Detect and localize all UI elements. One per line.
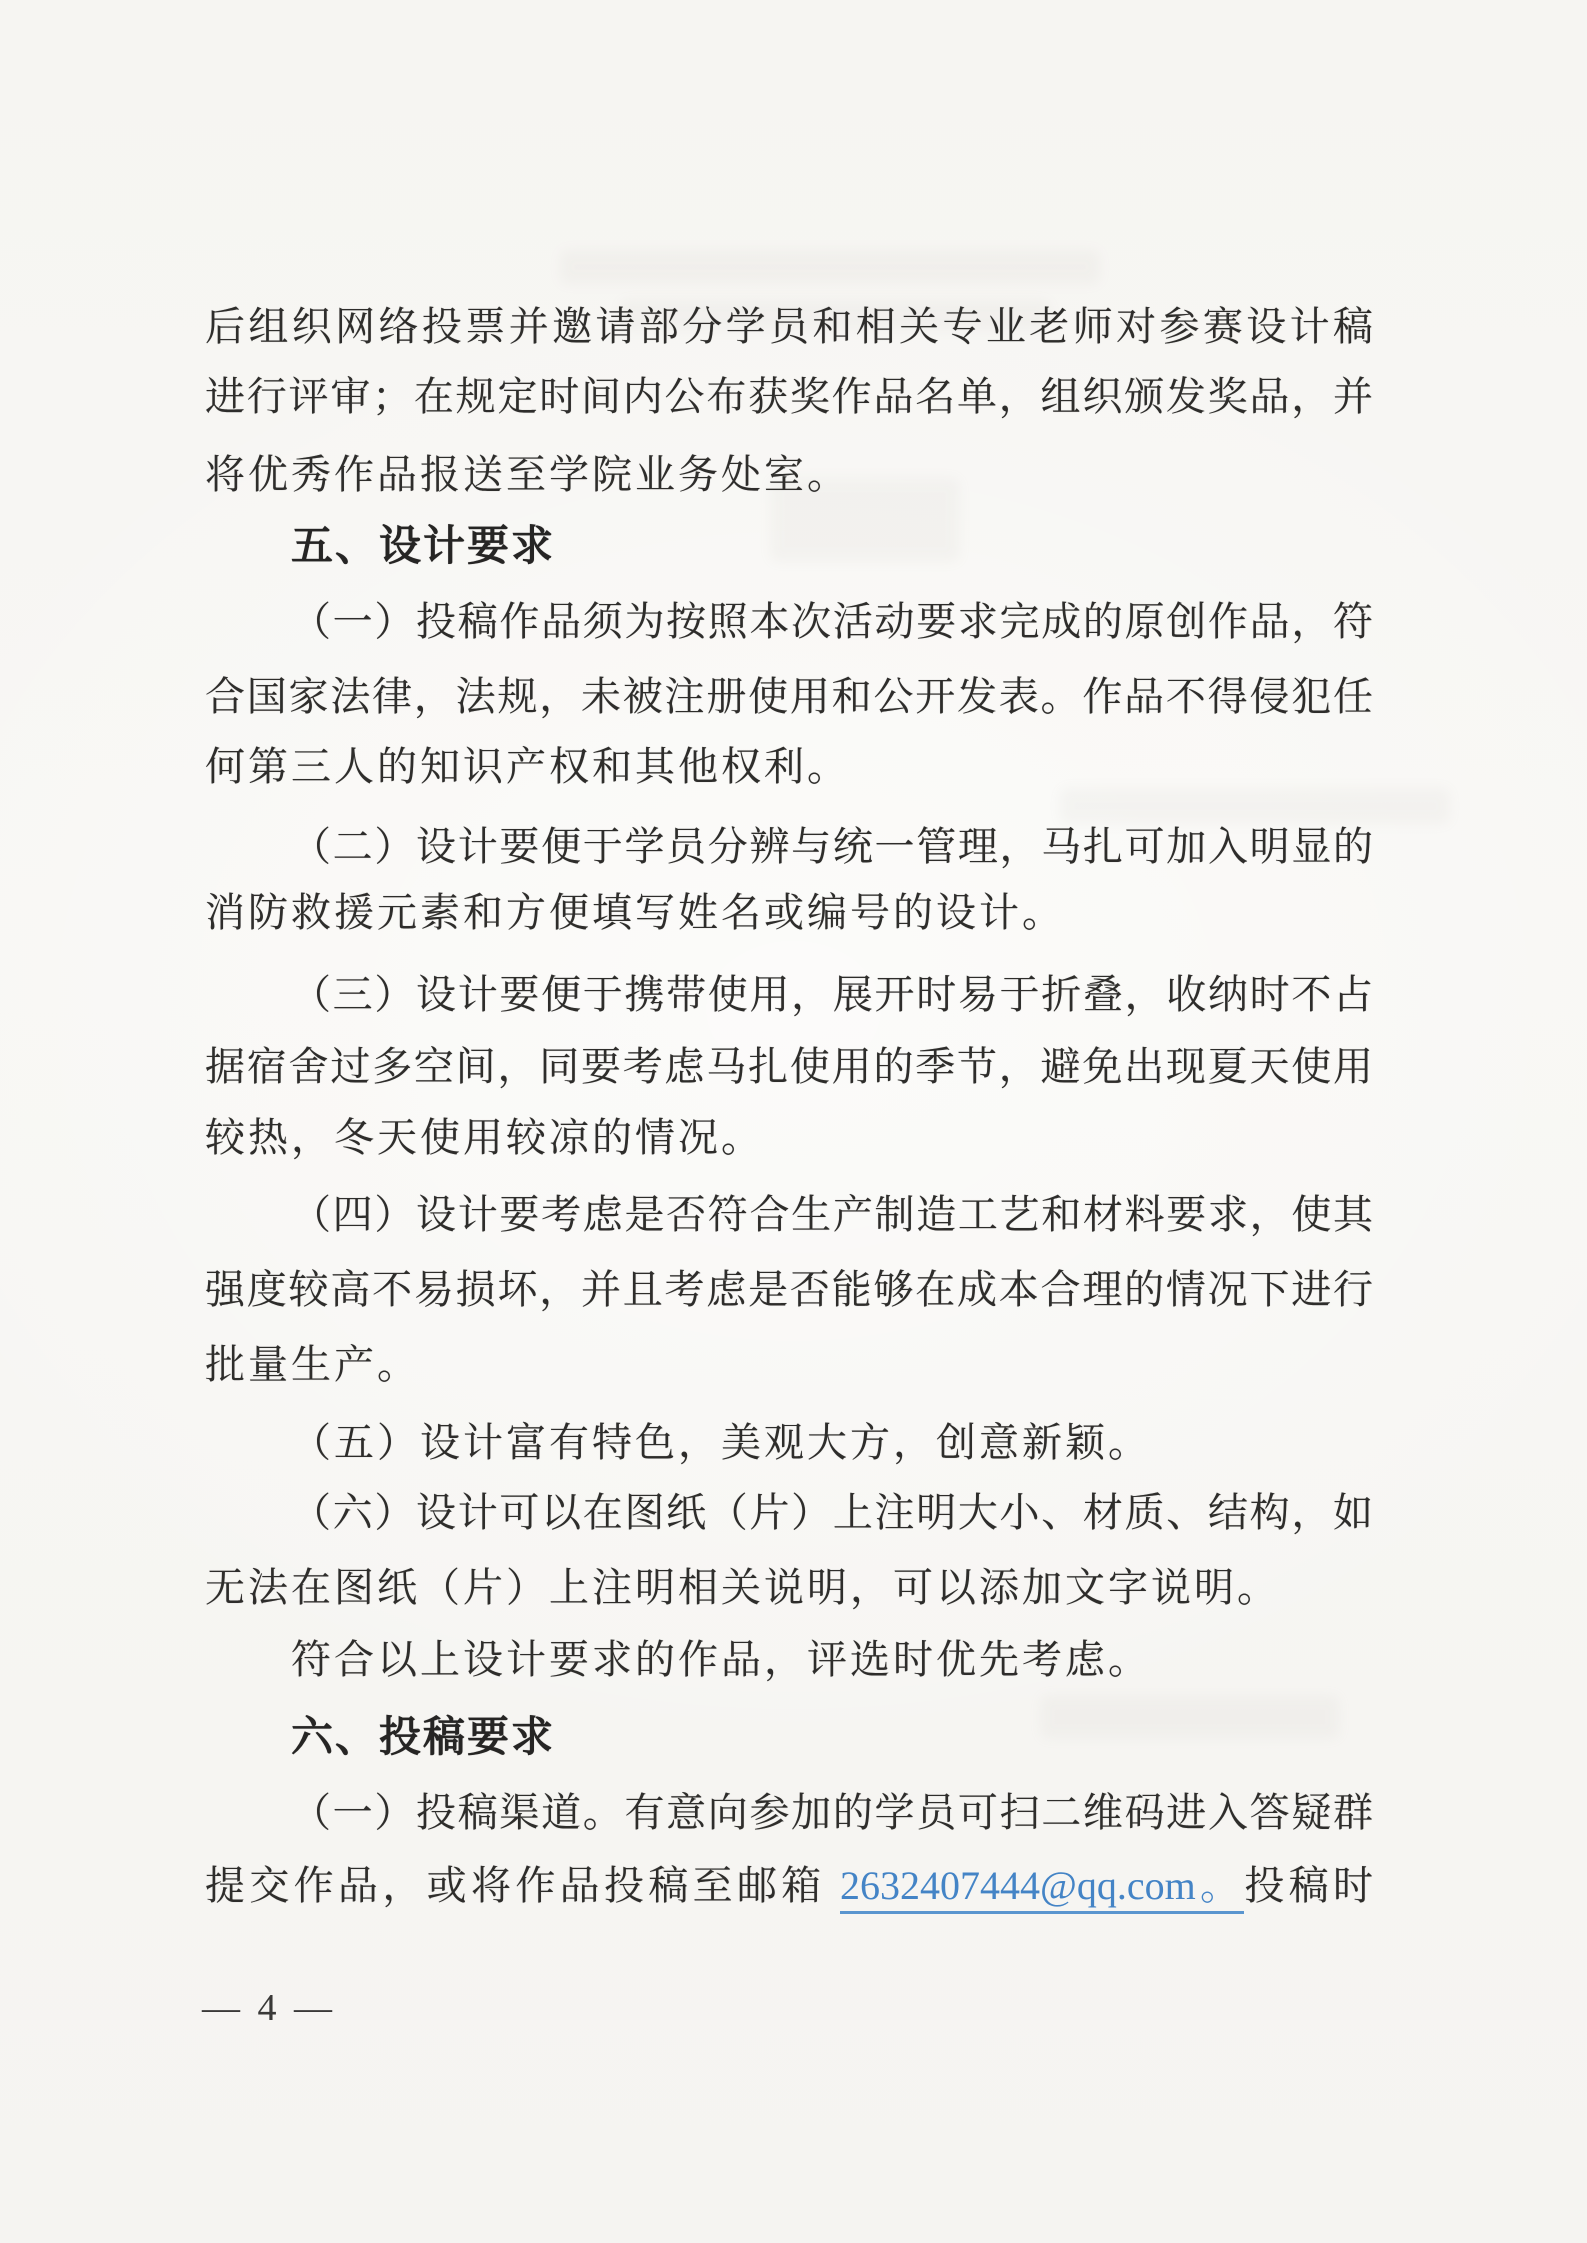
bleed-through-mark (560, 250, 1100, 284)
body-line: （一）投稿渠道。有意向参加的学员可扫二维码进入答疑群 (205, 1789, 1373, 1837)
body-line: 强度较高不易损坏，并且考虑是否能够在成本合理的情况下进行 (205, 1266, 1373, 1314)
body-line: （五）设计富有特色，美观大方，创意新颖。 (205, 1419, 1373, 1467)
body-line: （一）投稿作品须为按照本次活动要求完成的原创作品，符 (205, 598, 1373, 646)
bleed-through-mark (1060, 788, 1450, 824)
body-line: 符合以上设计要求的作品，评选时优先考虑。 (205, 1636, 1373, 1684)
body-line: （二）设计要便于学员分辨与统一管理，马扎可加入明显的 (205, 823, 1373, 871)
body-line: 将优秀作品报送至学院业务处室。 (205, 451, 1373, 499)
body-line: 何第三人的知识产权和其他权利。 (205, 743, 1373, 791)
email-line-prefix: 提交作品，或将作品投稿至邮箱 (205, 1863, 840, 1908)
body-line: （四）设计要考虑是否符合生产制造工艺和材料要求，使其 (205, 1191, 1373, 1239)
body-line: （三）设计要便于携带使用，展开时易于折叠，收纳时不占 (205, 971, 1373, 1019)
section-heading-design-requirements: 五、设计要求 (205, 522, 1373, 570)
body-line-with-email: 提交作品，或将作品投稿至邮箱 2632407444@qq.com。投稿时 (205, 1862, 1373, 1910)
document-page: 后组织网络投票并邀请部分学员和相关专业老师对参赛设计稿 进行评审；在规定时间内公… (0, 0, 1587, 2243)
body-line: 消防救援元素和方便填写姓名或编号的设计。 (205, 889, 1373, 937)
section-heading-submission-requirements: 六、投稿要求 (205, 1713, 1373, 1761)
page-number: — 4 — (202, 1984, 336, 2032)
body-line: 批量生产。 (205, 1341, 1373, 1389)
body-line: 合国家法律，法规，未被注册使用和公开发表。作品不得侵犯任 (205, 673, 1373, 721)
email-line-suffix: 投稿时 (1244, 1863, 1373, 1908)
body-line: （六）设计可以在图纸（片）上注明大小、材质、结构，如 (205, 1489, 1373, 1537)
email-link[interactable]: 2632407444@qq.com。 (840, 1863, 1244, 1914)
body-line: 进行评审；在规定时间内公布获奖作品名单，组织颁发奖品，并 (205, 373, 1373, 421)
body-line: 据宿舍过多空间，同要考虑马扎使用的季节，避免出现夏天使用 (205, 1043, 1373, 1091)
body-line: 无法在图纸（片）上注明相关说明，可以添加文字说明。 (205, 1564, 1373, 1612)
body-line: 较热，冬天使用较凉的情况。 (205, 1114, 1373, 1162)
body-line: 后组织网络投票并邀请部分学员和相关专业老师对参赛设计稿 (205, 303, 1373, 351)
